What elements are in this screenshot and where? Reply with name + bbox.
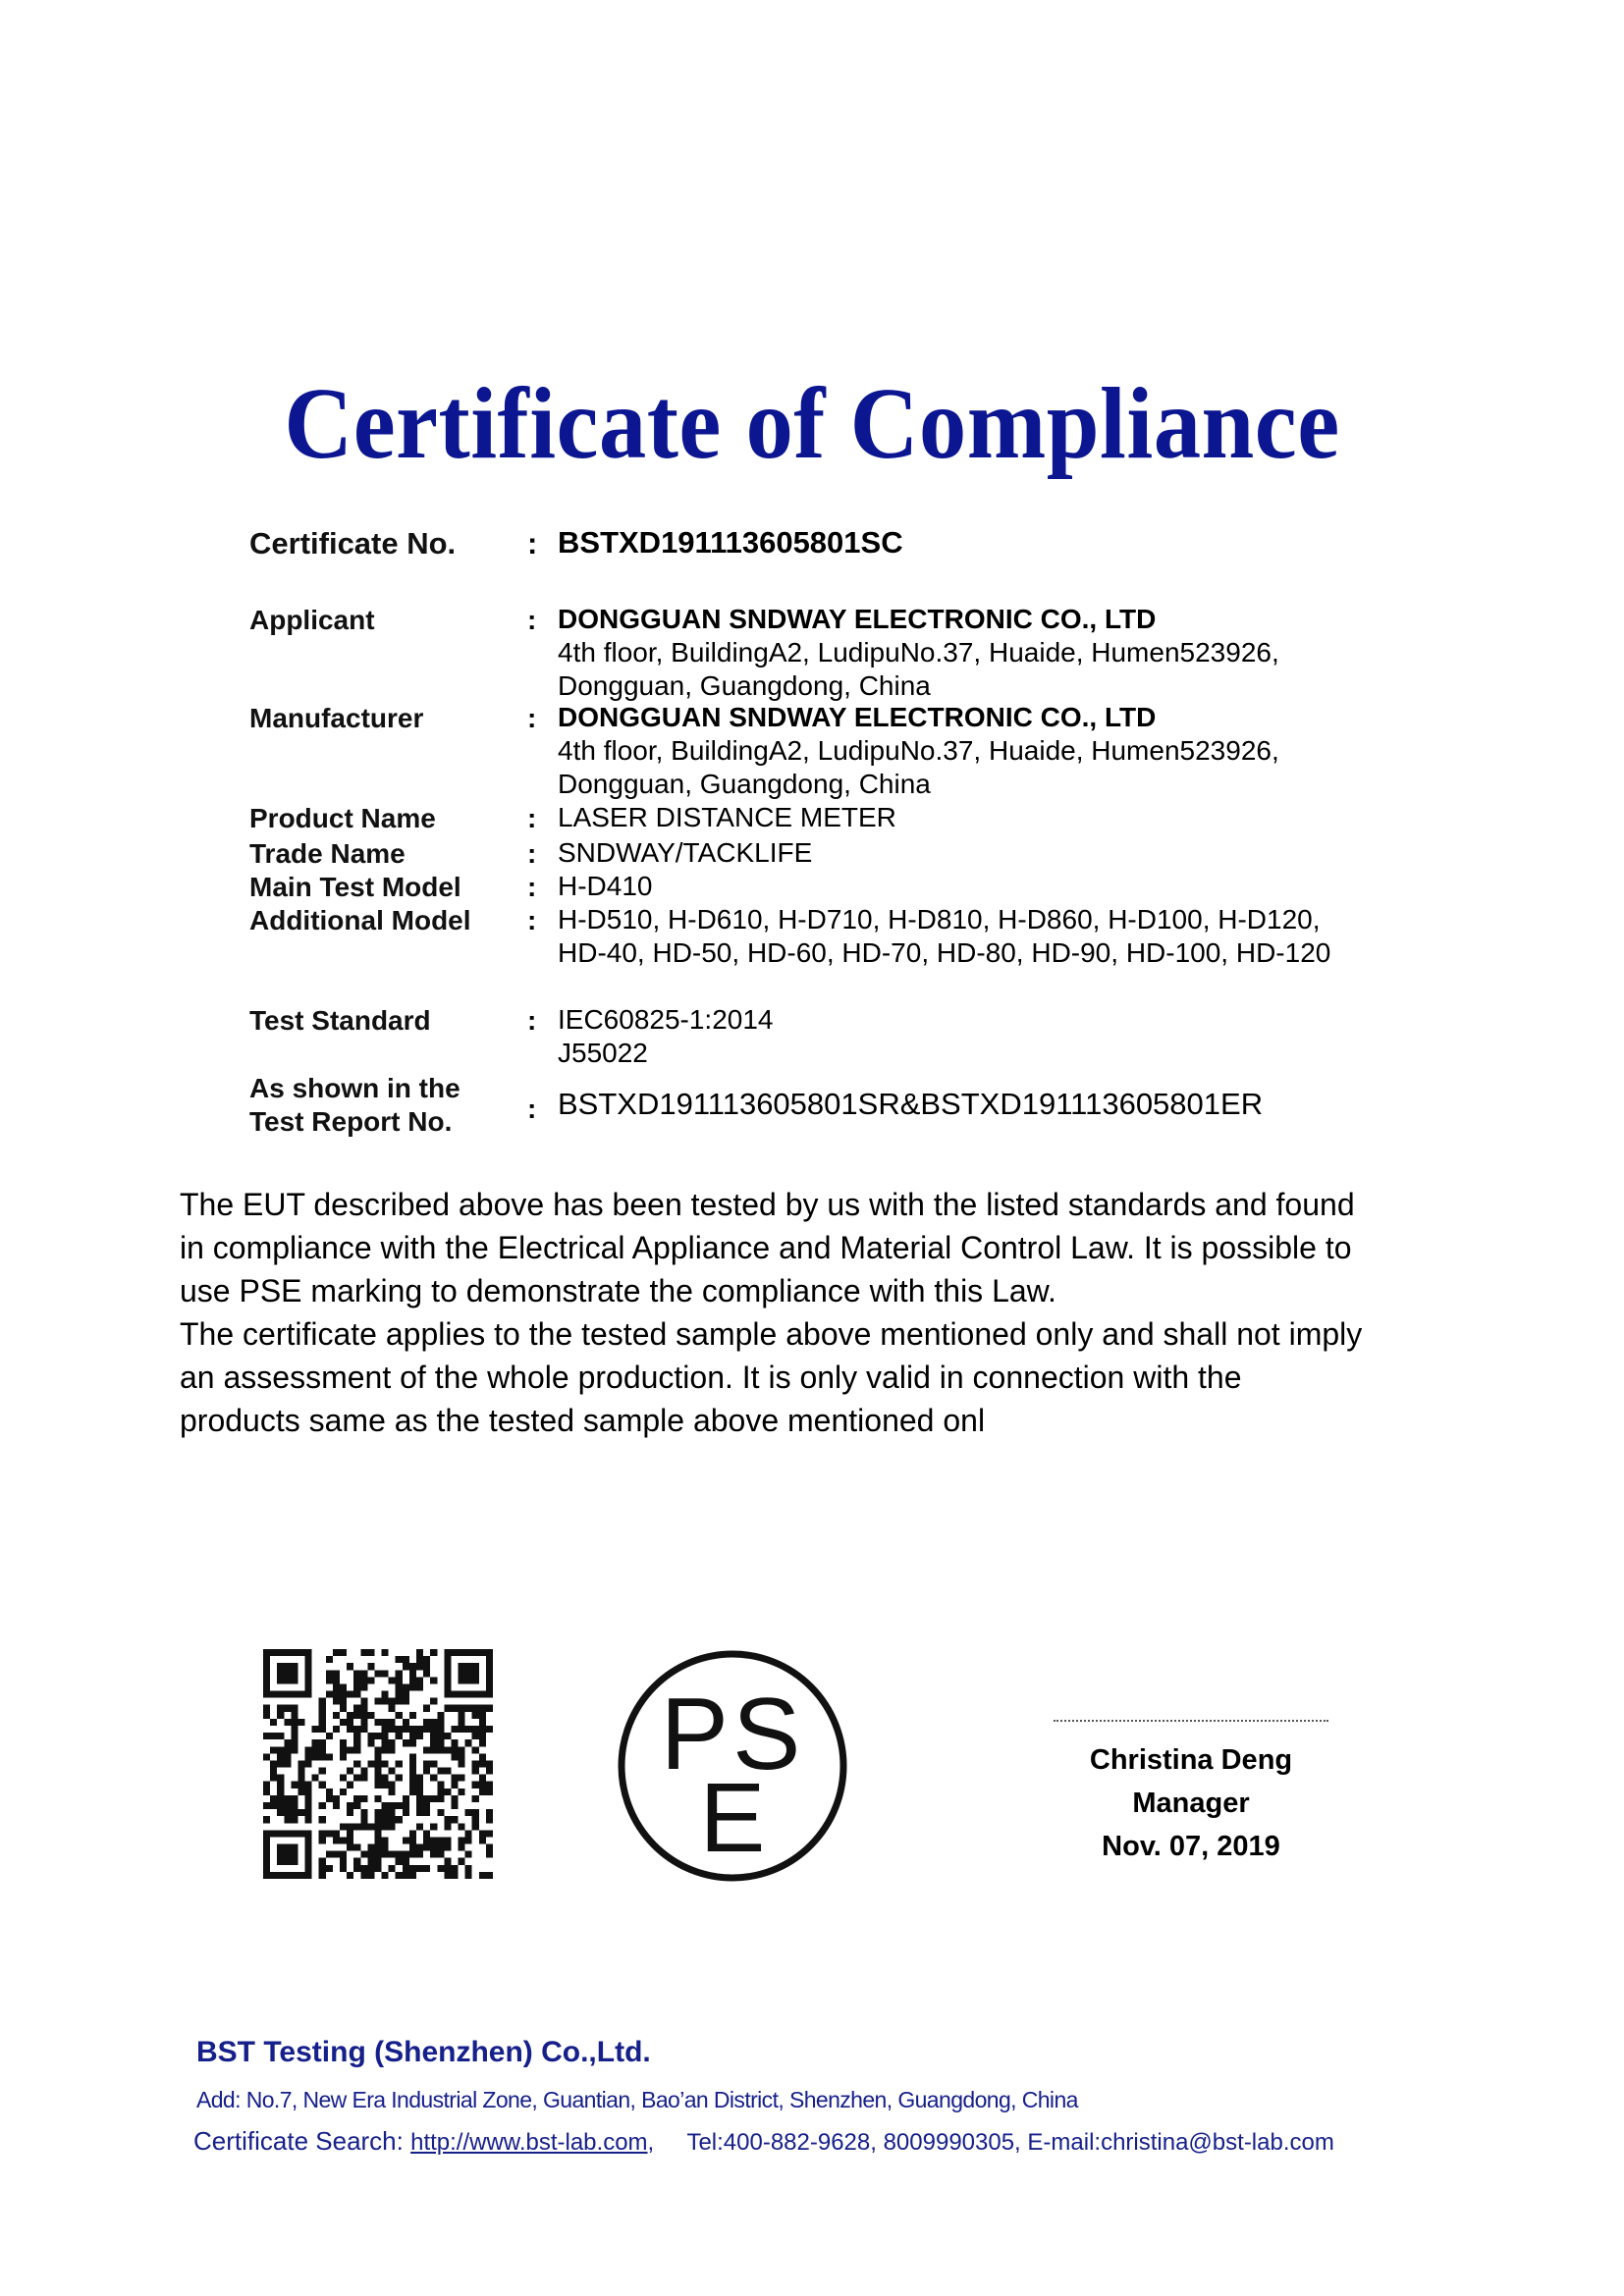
field-label: Product Name	[249, 803, 436, 834]
field-label: Applicant	[249, 605, 375, 636]
statement-line: an assessment of the whole production. I…	[180, 1356, 1456, 1399]
manufacturer-address-line2: Dongguan, Guangdong, China	[558, 768, 1279, 801]
link-comma: ,	[648, 2129, 655, 2156]
test-standard-line1: IEC60825-1:2014	[558, 1003, 774, 1037]
statement-line: products same as the tested sample above…	[180, 1399, 1456, 1442]
statement-line: in compliance with the Electrical Applia…	[180, 1226, 1456, 1269]
svg-text:E: E	[700, 1763, 766, 1873]
test-standard-line2: J55022	[558, 1037, 774, 1070]
field-label: Test Standard	[249, 1005, 431, 1037]
footer-contact: Tel:400-882-9628, 8009990305, E-mail:chr…	[686, 2129, 1333, 2156]
pse-logo-icon: PS E	[617, 1649, 848, 1883]
manufacturer-address-line1: 4th floor, BuildingA2, LudipuNo.37, Huai…	[558, 734, 1279, 768]
field-colon: :	[527, 1005, 536, 1037]
additional-model-line2: HD-40, HD-50, HD-60, HD-70, HD-80, HD-90…	[558, 936, 1330, 970]
field-colon: :	[527, 1094, 536, 1125]
field-label: Test Report No.	[249, 1105, 460, 1139]
qr-code-icon	[263, 1649, 493, 1879]
certificate-search-link[interactable]: http://www.bst-lab.com	[410, 2129, 647, 2156]
field-colon: :	[527, 605, 536, 636]
signature-line	[1054, 1720, 1328, 1722]
field-label: Additional Model	[249, 905, 471, 936]
field-label: Main Test Model	[249, 872, 461, 903]
statement-line: use PSE marking to demonstrate the compl…	[180, 1269, 1456, 1312]
certificate-search-label: Certificate Search:	[193, 2126, 404, 2156]
main-test-model: H-D410	[558, 870, 652, 903]
footer-company: BST Testing (Shenzhen) Co.,Ltd.	[196, 2036, 651, 2069]
field-label: Certificate No.	[249, 526, 456, 561]
field-colon: :	[527, 526, 537, 561]
footer-address: Add: No.7, New Era Industrial Zone, Guan…	[196, 2087, 1078, 2113]
signatory-title: Manager	[1054, 1788, 1328, 1820]
additional-model-line1: H-D510, H-D610, H-D710, H-D810, H-D860, …	[558, 903, 1330, 936]
field-label: Trade Name	[249, 838, 406, 870]
statement-line: The certificate applies to the tested sa…	[180, 1312, 1456, 1356]
field-label: Manufacturer	[249, 703, 423, 734]
applicant-address-line1: 4th floor, BuildingA2, LudipuNo.37, Huai…	[558, 636, 1279, 669]
field-label: As shown in the	[249, 1072, 460, 1105]
signature-date: Nov. 07, 2019	[1054, 1831, 1328, 1863]
product-name: LASER DISTANCE METER	[558, 801, 896, 834]
certificate-number: BSTXD191113605801SC	[558, 526, 903, 560]
signatory-name: Christina Deng	[1054, 1744, 1328, 1777]
applicant-address-line2: Dongguan, Guangdong, China	[558, 669, 1279, 703]
field-colon: :	[527, 838, 536, 870]
field-colon: :	[527, 703, 536, 734]
statement-line: The EUT described above has been tested …	[180, 1183, 1456, 1226]
test-report-number: BSTXD191113605801SR&BSTXD191113605801ER	[558, 1088, 1263, 1121]
footer-search-row: Certificate Search: http://www.bst-lab.c…	[193, 2126, 1334, 2157]
manufacturer-name: DONGGUAN SNDWAY ELECTRONIC CO., LTD	[558, 701, 1279, 734]
certificate-title: Certificate of Compliance	[57, 365, 1567, 482]
compliance-statement: The EUT described above has been tested …	[180, 1183, 1456, 1442]
trade-name: SNDWAY/TACKLIFE	[558, 836, 812, 870]
field-colon: :	[527, 803, 536, 834]
field-colon: :	[527, 905, 536, 936]
field-colon: :	[527, 872, 536, 903]
applicant-name: DONGGUAN SNDWAY ELECTRONIC CO., LTD	[558, 603, 1279, 636]
